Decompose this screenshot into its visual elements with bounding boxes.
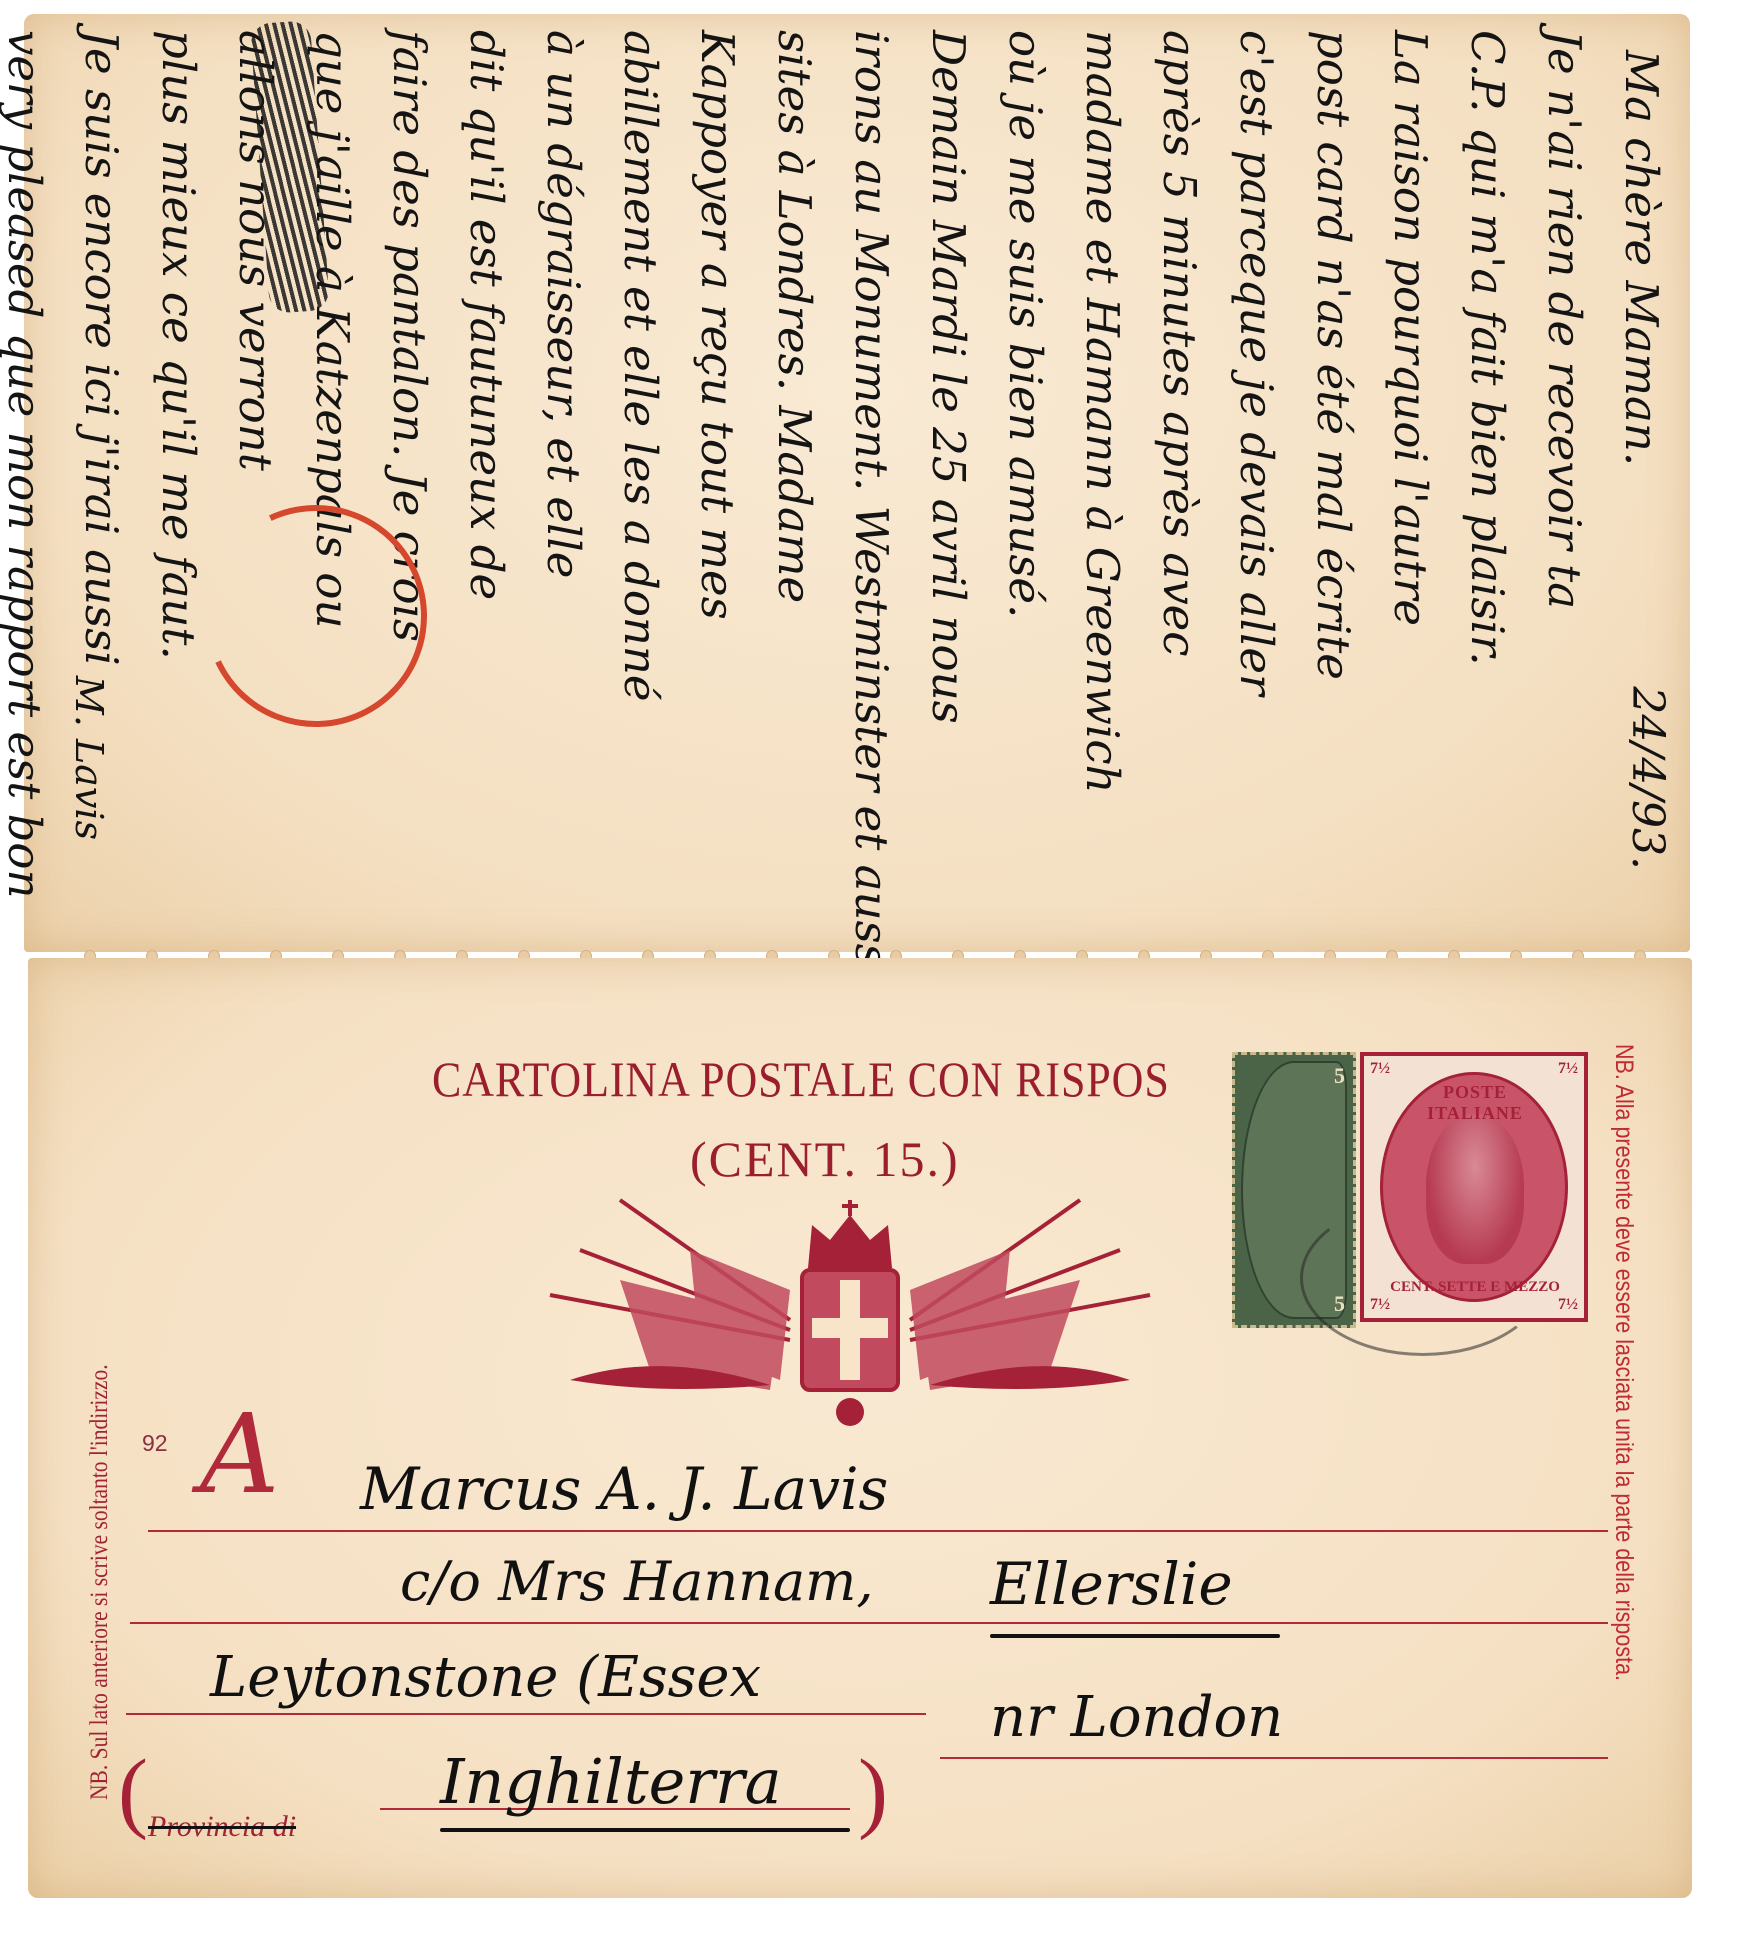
message-line: irons au Monument. Westminster et aussi … [833,30,910,910]
address-city: nr London [990,1685,1283,1750]
message-body: Je n'ai rien de recevoir taC.P. qui m'a … [0,30,1603,910]
provincia-label: Provincia di [148,1810,296,1844]
message-line: Kappoyer a reçu tout mes [679,30,756,910]
address-rule-3a [126,1713,926,1715]
left-margin-note: NB. Sul lato anteriore si scrive soltant… [86,1364,114,1800]
message-signature: M. Lavis [50,676,127,840]
message-line: C.P. qui m'a fait bien plaisir. [1449,30,1526,910]
serial-number: 92 [142,1430,168,1457]
message-date: 24/4/93. [1609,686,1686,870]
message-line: madame et Hamann à Greenwich [1064,30,1141,910]
address-rule-2 [130,1622,1608,1624]
card-title: CARTOLINA POSTALE CON RISPOS [432,1050,1170,1108]
message-line: plus mieux ce qu'il me faut. [140,30,217,910]
country-underline [440,1828,850,1832]
message-line: Demain Mardi le 25 avril nous [910,30,987,910]
message-line: post card n'as été mal écrite [1295,30,1372,910]
message-line: c'est parceque je devais aller [1218,30,1295,910]
message-line: à un dégraisseur, et elle [525,30,602,910]
address-rule-3b [940,1757,1608,1759]
address-rule-1 [148,1530,1608,1532]
address-town: Leytonstone (Essex [210,1645,761,1710]
message-line: faire des pantalon. Je crois [371,30,448,910]
address-house: Ellerslie [990,1550,1233,1618]
message-line: après 5 minutes après avec [1141,30,1218,910]
paren-close: ) [858,1740,888,1843]
address-prefix: A [200,1390,279,1518]
right-margin-note: NB. Alla presente deve essere lasciata u… [1609,1044,1638,1681]
house-underline [990,1634,1280,1638]
message-line: abillement et elle les a donné [602,30,679,910]
addressee-name: Marcus A. J. Lavis [360,1455,888,1523]
savoy-coat-of-arms-icon [540,1180,1160,1430]
message-line: Je n'ai rien de recevoir ta [1526,30,1603,910]
message-line: allons nous verront [217,30,294,910]
black-postmark [1300,1200,1546,1356]
message-line: que j'aille à Katzenpals ou [294,30,371,910]
message-line: où je me suis bien amusé. [987,30,1064,910]
message-line: sites à Londres. Madame [756,30,833,910]
address-country: Inghilterra [440,1745,782,1818]
handwritten-message: 24/4/93. Ma chère Maman. Je n'ai rien de… [60,30,1680,910]
address-care-of: c/o Mrs Hannam, [400,1550,874,1613]
message-line: dit qu'il est fautuneux de [448,30,525,910]
paren-open: ( [118,1740,148,1843]
message-line: La raison pourquoi l'autre [1372,30,1449,910]
